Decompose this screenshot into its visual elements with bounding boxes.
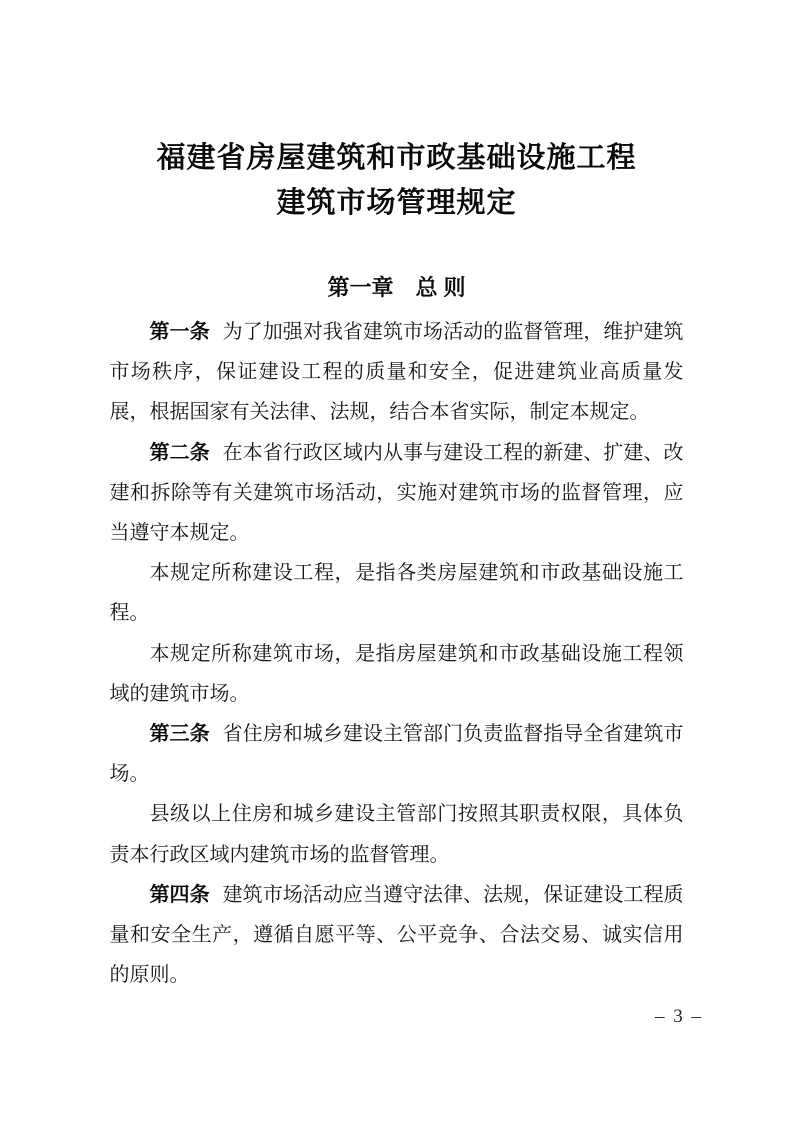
paragraph-article-4: 第四条建筑市场活动应当遵守法律、法规，保证建设工程质量和安全生产，遵循自愿平等、…: [110, 875, 684, 996]
document-body: 第一条为了加强对我省建筑市场活动的监督管理，维护建筑市场秩序，保证建设工程的质量…: [110, 312, 684, 995]
article-label: 第四条: [150, 884, 210, 906]
article-label: 第二条: [150, 442, 210, 464]
page-number: – 3 –: [655, 1006, 703, 1028]
paragraph-article-3-cont: 县级以上住房和城乡建设主管部门按照其职责权限，具体负责本行政区域内建筑市场的监督…: [110, 794, 684, 874]
article-label: 第一条: [150, 321, 210, 343]
paragraph-article-3: 第三条省住房和城乡建设主管部门负责监督指导全省建筑市场。: [110, 714, 684, 794]
document-title-line-1: 福建省房屋建筑和市政基础设施工程: [0, 136, 793, 181]
paragraph-article-1: 第一条为了加强对我省建筑市场活动的监督管理，维护建筑市场秩序，保证建设工程的质量…: [110, 312, 684, 433]
article-label: 第三条: [150, 723, 210, 745]
paragraph-definition-construction-market: 本规定所称建筑市场，是指房屋建筑和市政基础设施工程领域的建筑市场。: [110, 634, 684, 714]
paragraph-text: 本规定所称建设工程，是指各类房屋建筑和市政基础设施工程。: [110, 562, 684, 624]
document-title: 福建省房屋建筑和市政基础设施工程 建筑市场管理规定: [0, 0, 793, 226]
paragraph-definition-construction-project: 本规定所称建设工程，是指各类房屋建筑和市政基础设施工程。: [110, 553, 684, 633]
document-page: 福建省房屋建筑和市政基础设施工程 建筑市场管理规定 第一章 总 则 第一条为了加…: [0, 0, 793, 1122]
chapter-heading: 第一章 总 则: [0, 268, 793, 308]
paragraph-text: 县级以上住房和城乡建设主管部门按照其职责权限，具体负责本行政区域内建筑市场的监督…: [110, 803, 684, 865]
document-title-line-2: 建筑市场管理规定: [0, 181, 793, 226]
paragraph-article-2: 第二条在本省行政区域内从事与建设工程的新建、扩建、改建和拆除等有关建筑市场活动，…: [110, 433, 684, 554]
paragraph-text: 本规定所称建筑市场，是指房屋建筑和市政基础设施工程领域的建筑市场。: [110, 643, 684, 705]
